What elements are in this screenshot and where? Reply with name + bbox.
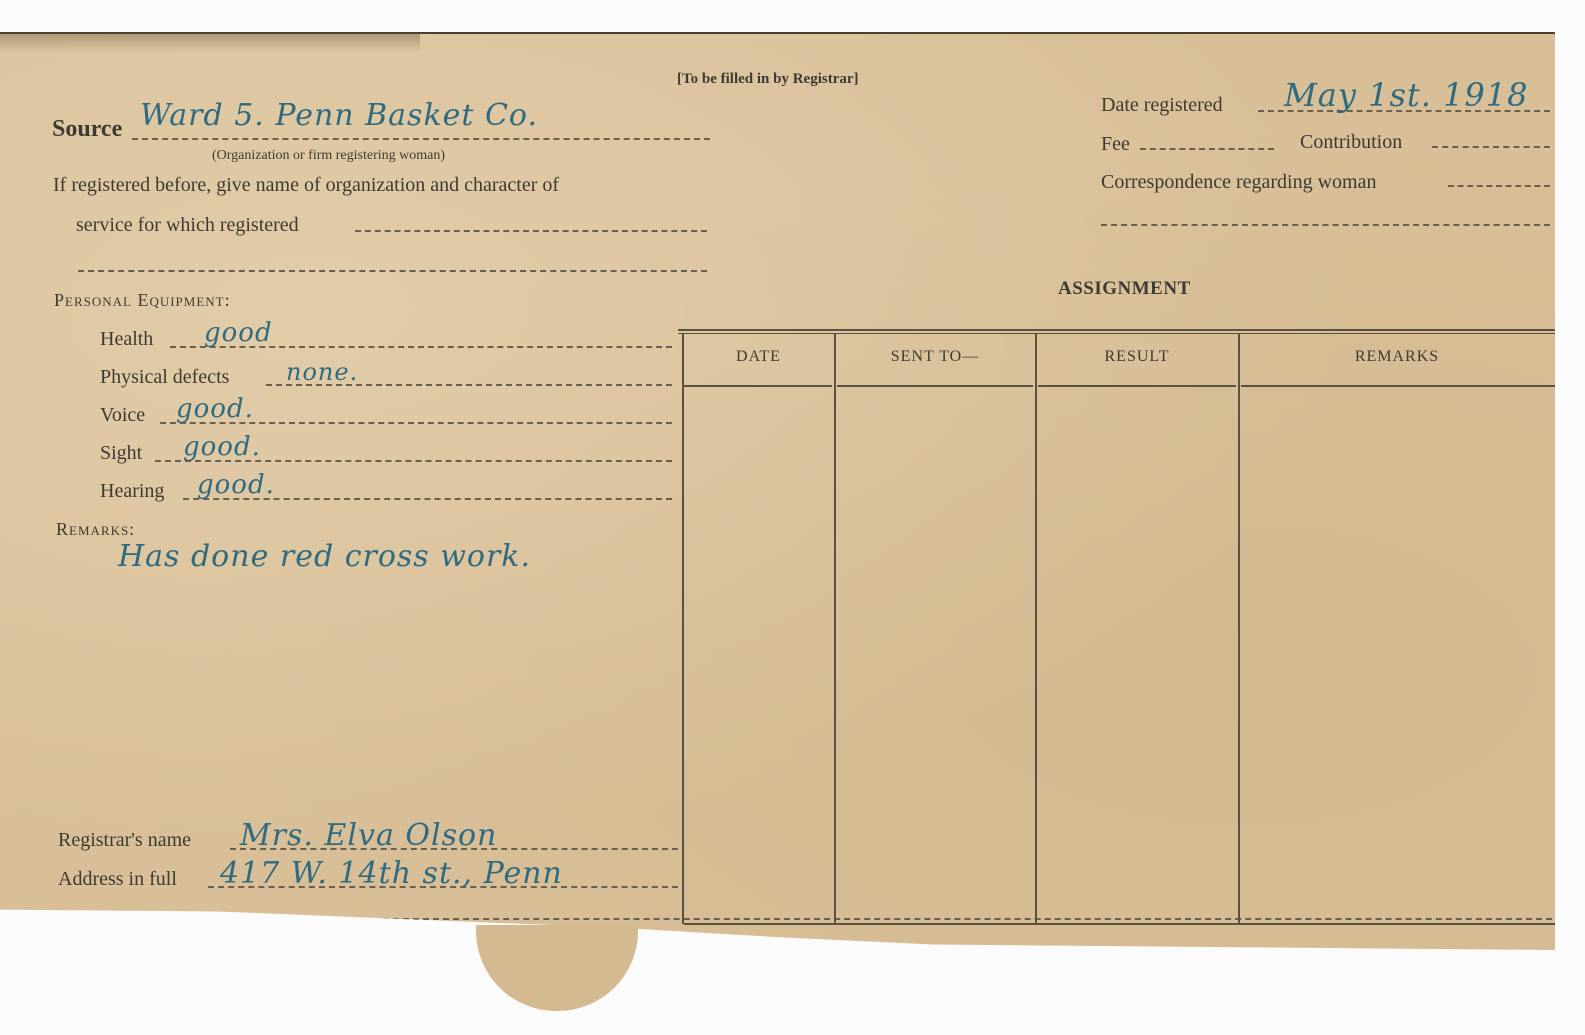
- correspondence-field[interactable]: [1448, 179, 1550, 187]
- sight-label: Sight: [100, 442, 142, 465]
- header-underline-date: [684, 385, 832, 387]
- hearing-value: good.: [197, 470, 275, 500]
- correspondence-label: Correspondence regarding woman: [1101, 171, 1376, 194]
- table-top-rule-2: [678, 333, 1555, 334]
- address-label: Address in full: [58, 868, 177, 891]
- registrar-note: [To be filled in by Registrar]: [677, 71, 859, 88]
- address-field[interactable]: 417 W. 14th st., Penn: [208, 872, 678, 888]
- registrar-name-field[interactable]: Mrs. Elva Olson: [230, 834, 678, 850]
- date-registered-label: Date registered: [1101, 94, 1223, 117]
- health-label: Health: [100, 328, 153, 351]
- source-label: Source: [52, 116, 122, 143]
- column-header-result: RESULT: [1036, 348, 1238, 366]
- sight-field[interactable]: good.: [155, 448, 672, 462]
- voice-field[interactable]: good.: [160, 410, 672, 424]
- personal-equipment-heading: Personal Equipment:: [54, 290, 231, 311]
- physical-defects-label: Physical defects: [100, 366, 229, 389]
- table-bottom-rule: [684, 923, 1555, 925]
- address-value: 417 W. 14th st., Penn: [220, 856, 563, 891]
- date-registered-value: May 1st. 1918: [1284, 76, 1529, 114]
- remarks-value[interactable]: Has done red cross work.: [118, 539, 531, 574]
- remarks-heading: Remarks:: [56, 519, 135, 540]
- source-caption: (Organization or firm registering woman): [212, 148, 445, 164]
- registrar-name-label: Registrar's name: [58, 829, 191, 852]
- header-underline-remarks: [1241, 385, 1555, 387]
- previous-registration-field[interactable]: [355, 224, 707, 232]
- card-index-tab: [476, 925, 638, 1011]
- source-value: Ward 5. Penn Basket Co.: [140, 98, 538, 133]
- header-underline-sent-to: [837, 385, 1033, 387]
- contribution-label: Contribution: [1300, 131, 1402, 154]
- previous-registration-line2: service for which registered: [76, 214, 299, 237]
- physical-defects-field[interactable]: none.: [266, 372, 672, 386]
- hearing-field[interactable]: good.: [183, 486, 672, 500]
- column-header-sent-to: SENT TO—: [835, 348, 1035, 366]
- hearing-label: Hearing: [100, 480, 164, 503]
- card-edge-stain: [0, 34, 420, 52]
- voice-value: good.: [176, 394, 254, 424]
- previous-registration-line1: If registered before, give name of organ…: [53, 174, 559, 197]
- table-top-rule: [678, 329, 1555, 331]
- correspondence-field-2[interactable]: [1101, 218, 1550, 226]
- registrar-name-value: Mrs. Elva Olson: [240, 818, 497, 853]
- column-header-remarks: REMARKS: [1239, 348, 1555, 366]
- previous-registration-field-2[interactable]: [78, 264, 707, 272]
- column-header-date: DATE: [683, 348, 834, 366]
- source-field[interactable]: Ward 5. Penn Basket Co.: [132, 104, 710, 140]
- health-value: good: [204, 318, 273, 348]
- contribution-field[interactable]: [1432, 140, 1550, 148]
- voice-label: Voice: [100, 404, 145, 427]
- fee-field[interactable]: [1140, 142, 1274, 150]
- fee-label: Fee: [1101, 133, 1130, 156]
- assignment-table-body[interactable]: [683, 389, 1555, 921]
- assignment-title: ASSIGNMENT: [1058, 278, 1191, 300]
- registration-card: [To be filled in by Registrar] Source Wa…: [0, 32, 1555, 950]
- health-field[interactable]: good: [170, 334, 672, 348]
- sight-value: good.: [183, 432, 261, 462]
- physical-defects-value: none.: [286, 358, 358, 386]
- date-registered-field[interactable]: May 1st. 1918: [1258, 96, 1550, 112]
- header-underline-result: [1038, 385, 1236, 387]
